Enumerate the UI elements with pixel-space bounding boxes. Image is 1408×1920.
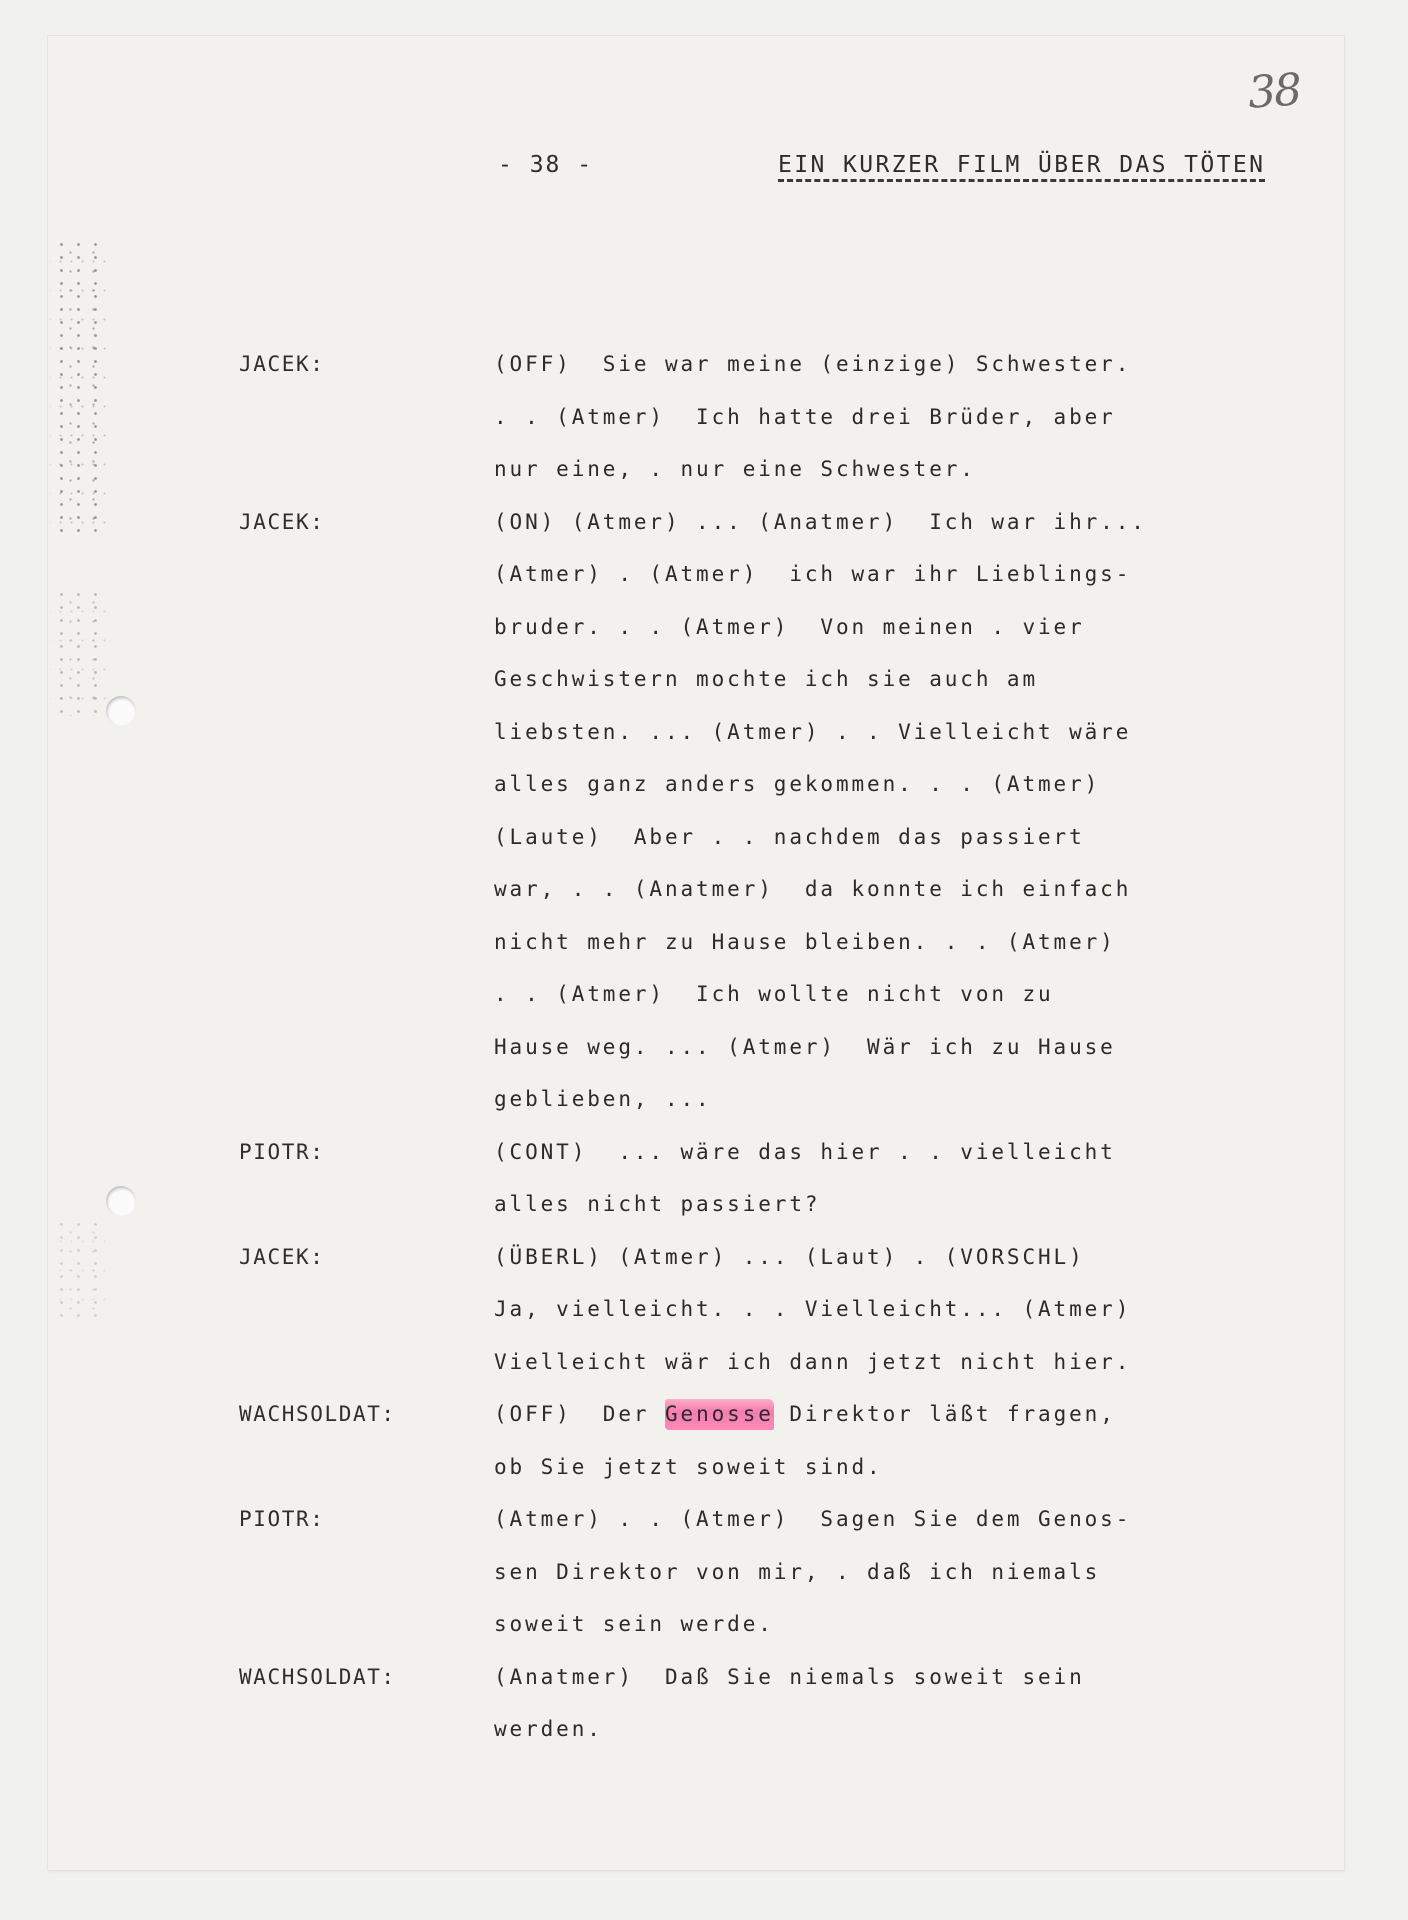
script-body: JACEK:(OFF) Sie war meine (einzige) Schw… [48,338,1344,1756]
speaker-name: JACEK: [239,496,324,549]
dialogue-block: JACEK:(ÜBERL) (Atmer) ... (Laut) . (VORS… [48,1231,1344,1389]
dialogue-block: PIOTR:(Atmer) . . (Atmer) Sagen Sie dem … [48,1493,1344,1651]
speaker-name: WACHSOLDAT: [239,1651,396,1704]
dialogue-block: WACHSOLDAT:(OFF) Der Genosse Direktor lä… [48,1388,1344,1493]
dialogue-line: (Anatmer) Daß Sie niemals soweit sein [494,1651,1344,1704]
typed-page-number: - 38 - [498,152,593,178]
dialogue-line: (ON) (Atmer) ... (Anatmer) Ich war ihr..… [494,496,1344,549]
dialogue-line: Ja, vielleicht. . . Vielleicht... (Atmer… [494,1283,1344,1336]
dialogue-lines: (OFF) Der Genosse Direktor läßt fragen,o… [494,1388,1344,1493]
dialogue-line: nur eine, . nur eine Schwester. [494,443,1344,496]
dialogue-line: war, . . (Anatmer) da konnte ich einfach [494,863,1344,916]
dialogue-line: . . (Atmer) Ich wollte nicht von zu [494,968,1344,1021]
dialogue-line: bruder. . . (Atmer) Von meinen . vier [494,601,1344,654]
dialogue-line: (Atmer) . . (Atmer) Sagen Sie dem Genos- [494,1493,1344,1546]
dialogue-line: . . (Atmer) Ich hatte drei Brüder, aber [494,391,1344,444]
dialogue-line: alles ganz anders gekommen. . . (Atmer) [494,758,1344,811]
dialogue-line: (Laute) Aber . . nachdem das passiert [494,811,1344,864]
dialogue-lines: (ÜBERL) (Atmer) ... (Laut) . (VORSCHL)Ja… [494,1231,1344,1389]
dialogue-line: (Atmer) . (Atmer) ich war ihr Lieblings- [494,548,1344,601]
highlighted-word: Genosse [665,1399,774,1430]
page-header: - 38 - EIN KURZER FILM ÜBER DAS TÖTEN [48,152,1344,192]
dialogue-line: (OFF) Der Genosse Direktor läßt fragen, [494,1388,1344,1441]
dialogue-block: JACEK:(ON) (Atmer) ... (Anatmer) Ich war… [48,496,1344,1126]
dialogue-line: soweit sein werde. [494,1598,1344,1651]
dialogue-line: ob Sie jetzt soweit sind. [494,1441,1344,1494]
handwritten-page-number: 38 [1246,64,1301,119]
speaker-name: JACEK: [239,1231,324,1284]
speaker-name: WACHSOLDAT: [239,1388,396,1441]
dialogue-lines: (CONT) ... wäre das hier . . vielleichta… [494,1126,1344,1231]
dialogue-line: geblieben, ... [494,1073,1344,1126]
dialogue-line: liebsten. ... (Atmer) . . Vielleicht wär… [494,706,1344,759]
dialogue-line: (CONT) ... wäre das hier . . vielleicht [494,1126,1344,1179]
dialogue-line: sen Direktor von mir, . daß ich niemals [494,1546,1344,1599]
line-text: (OFF) Der [494,1402,665,1426]
dialogue-line: (ÜBERL) (Atmer) ... (Laut) . (VORSCHL) [494,1231,1344,1284]
dialogue-line: werden. [494,1703,1344,1756]
dialogue-line: Geschwistern mochte ich sie auch am [494,653,1344,706]
document-page: 38 - 38 - EIN KURZER FILM ÜBER DAS TÖTEN… [48,36,1344,1870]
dialogue-lines: (Anatmer) Daß Sie niemals soweit seinwer… [494,1651,1344,1756]
line-text: Direktor läßt fragen, [774,1402,1116,1426]
dialogue-block: JACEK:(OFF) Sie war meine (einzige) Schw… [48,338,1344,496]
speaker-name: PIOTR: [239,1493,324,1546]
dialogue-line: (OFF) Sie war meine (einzige) Schwester. [494,338,1344,391]
script-title: EIN KURZER FILM ÜBER DAS TÖTEN [778,152,1265,182]
dialogue-block: WACHSOLDAT:(Anatmer) Daß Sie niemals sow… [48,1651,1344,1756]
speaker-name: PIOTR: [239,1126,324,1179]
dialogue-lines: (Atmer) . . (Atmer) Sagen Sie dem Genos-… [494,1493,1344,1651]
dialogue-line: Hause weg. ... (Atmer) Wär ich zu Hause [494,1021,1344,1074]
dialogue-line: Vielleicht wär ich dann jetzt nicht hier… [494,1336,1344,1389]
dialogue-lines: (OFF) Sie war meine (einzige) Schwester.… [494,338,1344,496]
speaker-name: JACEK: [239,338,324,391]
dialogue-line: alles nicht passiert? [494,1178,1344,1231]
dialogue-line: nicht mehr zu Hause bleiben. . . (Atmer) [494,916,1344,969]
dialogue-block: PIOTR:(CONT) ... wäre das hier . . viell… [48,1126,1344,1231]
dialogue-lines: (ON) (Atmer) ... (Anatmer) Ich war ihr..… [494,496,1344,1126]
